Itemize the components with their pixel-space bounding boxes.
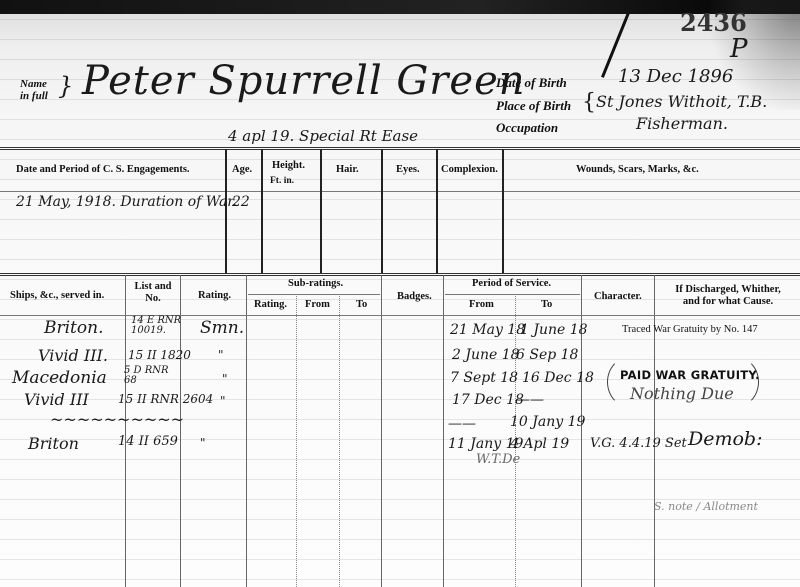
rating-cell: Smn. [200,318,244,338]
col-divider [225,149,227,273]
service-record-card: 2436 P Name in full } Peter Spurrell Gre… [0,0,800,587]
discharged-col-header: If Discharged, Whither, and for what Cau… [656,284,800,308]
col-divider [339,296,340,587]
stamp-note: Nothing Due [630,384,734,403]
list-no-cell: 15 II RNR 2604 [118,392,213,406]
eyes-col-header: Eyes. [396,164,420,175]
height-col-header: Height. [272,160,305,171]
ship-cell: Vivid III [24,390,89,409]
to-cell: 10 Jany 19 [510,414,585,430]
discharged-cell: Demob: [688,428,763,450]
name-label-line2: in full [20,90,48,102]
discharged-line2: and for what Cause. [656,296,800,308]
occupation-value: Fisherman. [636,114,728,133]
to-cell: 1 June 18 [520,322,588,338]
col-divider [246,275,247,587]
period-from-col-header: From [469,299,494,310]
period-col-header: Period of Service. [472,278,551,289]
dob-label: Date of Birth [496,75,567,91]
from-cell: 7 Sept 18 [450,370,518,386]
age-col-header: Age. [232,164,252,175]
name-value: Peter Spurrell Green [82,58,526,104]
period-divider [445,294,580,295]
col-divider [381,275,382,587]
discharged-line1: If Discharged, Whither, [656,284,800,296]
stamp-title: PAID WAR GRATUITY. [620,368,760,382]
engagement-col-header: Date and Period of C. S. Engagements. [16,164,190,175]
service-header-divider [0,315,800,316]
reference-number: 2436 [680,8,747,37]
wavy-separator: ~~~~~~~~~~ [50,410,184,429]
col-divider [296,296,297,587]
header-annotation: 4 apl 19. Special Rt Ease [228,127,418,145]
engagement-value: 21 May, 1918. Duration of War. [16,194,237,210]
col-divider [654,275,655,587]
col-divider [502,149,504,273]
rating-cell: " [218,348,224,362]
to-cell: 6 Sep 18 [516,347,578,363]
col-divider [436,149,438,273]
engagement-header-divider [0,191,800,192]
rating-cell: " [200,436,206,450]
faint-note: S. note / Allotment [654,500,758,513]
row-annotation: W.T.De [476,452,520,467]
character-col-header: Character. [594,291,642,302]
col-divider [381,149,383,273]
to-cell: 4 Apl 19 [510,436,569,452]
col-divider [261,149,263,273]
to-cell: 16 Dec 18 [522,370,594,386]
hair-col-header: Hair. [336,164,359,175]
badges-col-header: Badges. [397,291,432,302]
sub-rating-col-header: Rating. [254,299,287,310]
from-cell: 17 Dec 18 [452,392,524,408]
pob-value: St Jones Withoit, T.B. [596,92,767,111]
rating-cell: " [222,372,228,386]
col-divider [125,275,126,587]
character-cell: V.G. 4.4.19 Set [590,436,687,451]
to-cell: —— [516,392,544,408]
wounds-col-header: Wounds, Scars, Marks, &c. [576,164,699,175]
name-label-line1: Name [20,78,48,90]
engagement-table-top-border [0,147,800,150]
sub-ratings-col-header: Sub-ratings. [288,278,343,289]
engagement-table-bottom-border [0,273,800,276]
age-value: 22 [232,194,250,210]
list-no-cell: 15 II 1820 [128,348,191,362]
occupation-label: Occupation [496,120,558,136]
list-no-line1: List and [127,281,179,293]
rating-cell: " [220,394,226,408]
list-no-line2: No. [127,293,179,305]
list-no-cell: 14 II 659 [118,434,178,449]
brace: } [58,72,73,100]
rating-col-header: Rating. [198,290,231,301]
period-to-col-header: To [541,299,552,310]
traced-note: Traced War Gratuity by No. 147 [622,324,758,335]
list-no-cell: 5 D RNR 68 [124,366,174,386]
ship-cell: Vivid III. [38,346,108,365]
complexion-col-header: Complexion. [441,164,498,175]
from-cell: —— [448,416,476,432]
ships-col-header: Ships, &c., served in. [10,290,104,301]
corner-mark: P [730,34,748,64]
list-no-cell: 14 E RNR 10019. [131,316,191,336]
from-cell: 21 May 18 [450,322,525,338]
name-label: Name in full [20,78,48,102]
pob-brace: { [582,90,596,115]
dob-value: 13 Dec 1896 [618,66,733,87]
col-divider [443,275,444,587]
pob-label: Place of Birth [496,98,571,114]
list-no-col-header: List and No. [127,281,179,305]
sub-from-col-header: From [305,299,330,310]
sub-ratings-divider [248,294,380,295]
ship-cell: Briton [28,434,79,453]
col-divider [320,149,322,273]
from-cell: 2 June 18 [452,347,520,363]
sub-to-col-header: To [356,299,367,310]
ship-cell: Macedonia [12,368,107,388]
height-sub-header: Ft. in. [270,176,294,186]
ship-cell: Briton. [44,318,103,338]
